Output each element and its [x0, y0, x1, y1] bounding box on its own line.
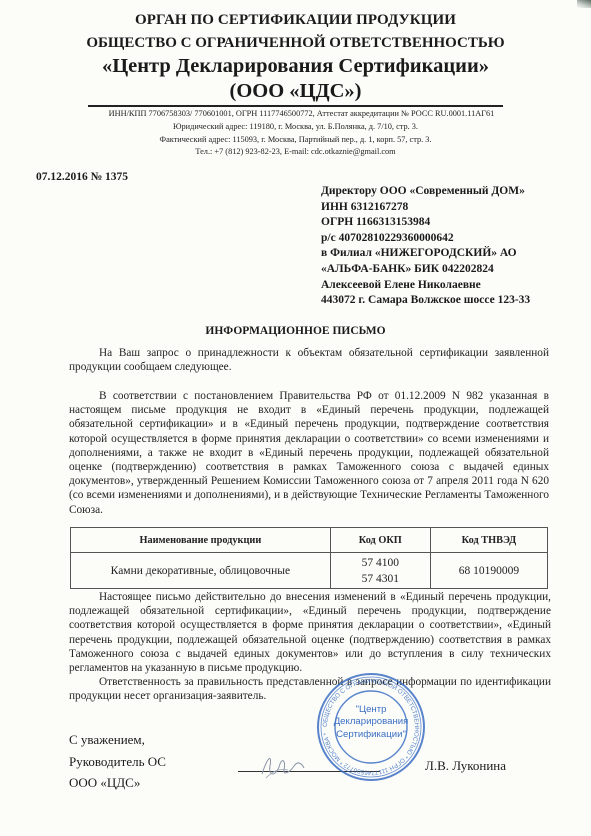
letterhead-org-short: (ООО «ЦДС»)	[0, 80, 591, 103]
closing-block: С уважением, Руководитель ОС ООО «ЦДС»	[69, 729, 166, 794]
addressee-line: Директору ООО «Современный ДОМ»	[321, 184, 530, 200]
okp-code: 57 4100	[331, 555, 430, 571]
letterhead-line-2: ОБЩЕСТВО С ОГРАНИЧЕННОЙ ОТВЕТСТВЕННОСТЬЮ	[0, 35, 591, 52]
closing-greeting: С уважением,	[69, 729, 166, 751]
document-date-number: 07.12.2016 № 1375	[36, 171, 128, 183]
signatory-organization: ООО «ЦДС»	[69, 772, 166, 794]
signatory-position: Руководитель ОС	[69, 751, 166, 773]
okp-code: 57 4301	[331, 571, 430, 587]
stamp-line: Сертификации"	[315, 729, 427, 741]
addressee-line: ИНН 6312167278	[321, 200, 530, 216]
cell-tnved-code: 68 10190009	[430, 553, 547, 589]
stamp-line: "Центр	[315, 704, 427, 716]
addressee-line: ОГРН 1166313153984	[321, 215, 530, 231]
letterhead-divider	[88, 105, 503, 107]
column-header-product-name: Наименование продукции	[71, 528, 331, 553]
stamp-line: Декларирования	[315, 716, 427, 728]
signatory-name: Л.В. Луконина	[425, 758, 506, 774]
stamp-center-text: "Центр Декларирования Сертификации"	[315, 704, 427, 741]
cell-product-name: Камни декоративные, облицовочные	[71, 553, 331, 589]
column-header-tnved-code: Код ТНВЭД	[430, 528, 547, 553]
body-paragraph-regulation: В соответствии с постановлением Правител…	[69, 389, 549, 517]
body-paragraph-validity: Настоящее письмо действительно до внесен…	[69, 590, 551, 675]
addressee-line: в Филиал «НИЖЕГОРОДСКИЙ» АО	[321, 246, 530, 262]
body-paragraph-responsibility: Ответственность за правильность представ…	[69, 675, 551, 703]
addressee-line: р/с 40702810229360000642	[321, 231, 530, 247]
handwritten-signature	[258, 752, 308, 780]
addressee-line: 443072 г. Самара Волжское шоссе 123-33	[321, 293, 530, 309]
letter-title: ИНФОРМАЦИОННОЕ ПИСЬМО	[0, 325, 591, 337]
product-table: Наименование продукции Код ОКП Код ТНВЭД…	[70, 527, 548, 589]
document-page: ОРГАН ПО СЕРТИФИКАЦИИ ПРОДУКЦИИ ОБЩЕСТВО…	[0, 0, 591, 836]
requisites-inn: ИНН/КПП 7706758303/ 770601001, ОГРН 1117…	[6, 109, 591, 118]
table-row: Камни декоративные, облицовочные 57 4100…	[71, 553, 548, 589]
body-paragraph-request: На Ваш запрос о принадлежности к объекта…	[69, 346, 549, 374]
table-header-row: Наименование продукции Код ОКП Код ТНВЭД	[71, 528, 548, 553]
addressee-line: Алексеевой Елене Николаевне	[321, 278, 530, 294]
addressee-block: Директору ООО «Современный ДОМ» ИНН 6312…	[321, 184, 530, 309]
letterhead-org-name: «Центр Декларирования Сертификации»	[0, 55, 591, 78]
addressee-line: «АЛЬФА-БАНК» БИК 042202824	[321, 262, 530, 278]
letterhead-line-1: ОРГАН ПО СЕРТИФИКАЦИИ ПРОДУКЦИИ	[0, 12, 591, 29]
requisites-contacts: Тел.: +7 (812) 923-82-23, E-mail: cdc.ot…	[0, 147, 591, 156]
requisites-legal-address: Юридический адрес: 119180, г. Москва, ул…	[0, 122, 591, 131]
cell-okp-codes: 57 4100 57 4301	[330, 553, 430, 589]
requisites-actual-address: Фактический адрес: 115093, г. Москва, Па…	[0, 135, 591, 144]
page-corner-shadow	[577, 0, 591, 8]
column-header-okp-code: Код ОКП	[330, 528, 430, 553]
